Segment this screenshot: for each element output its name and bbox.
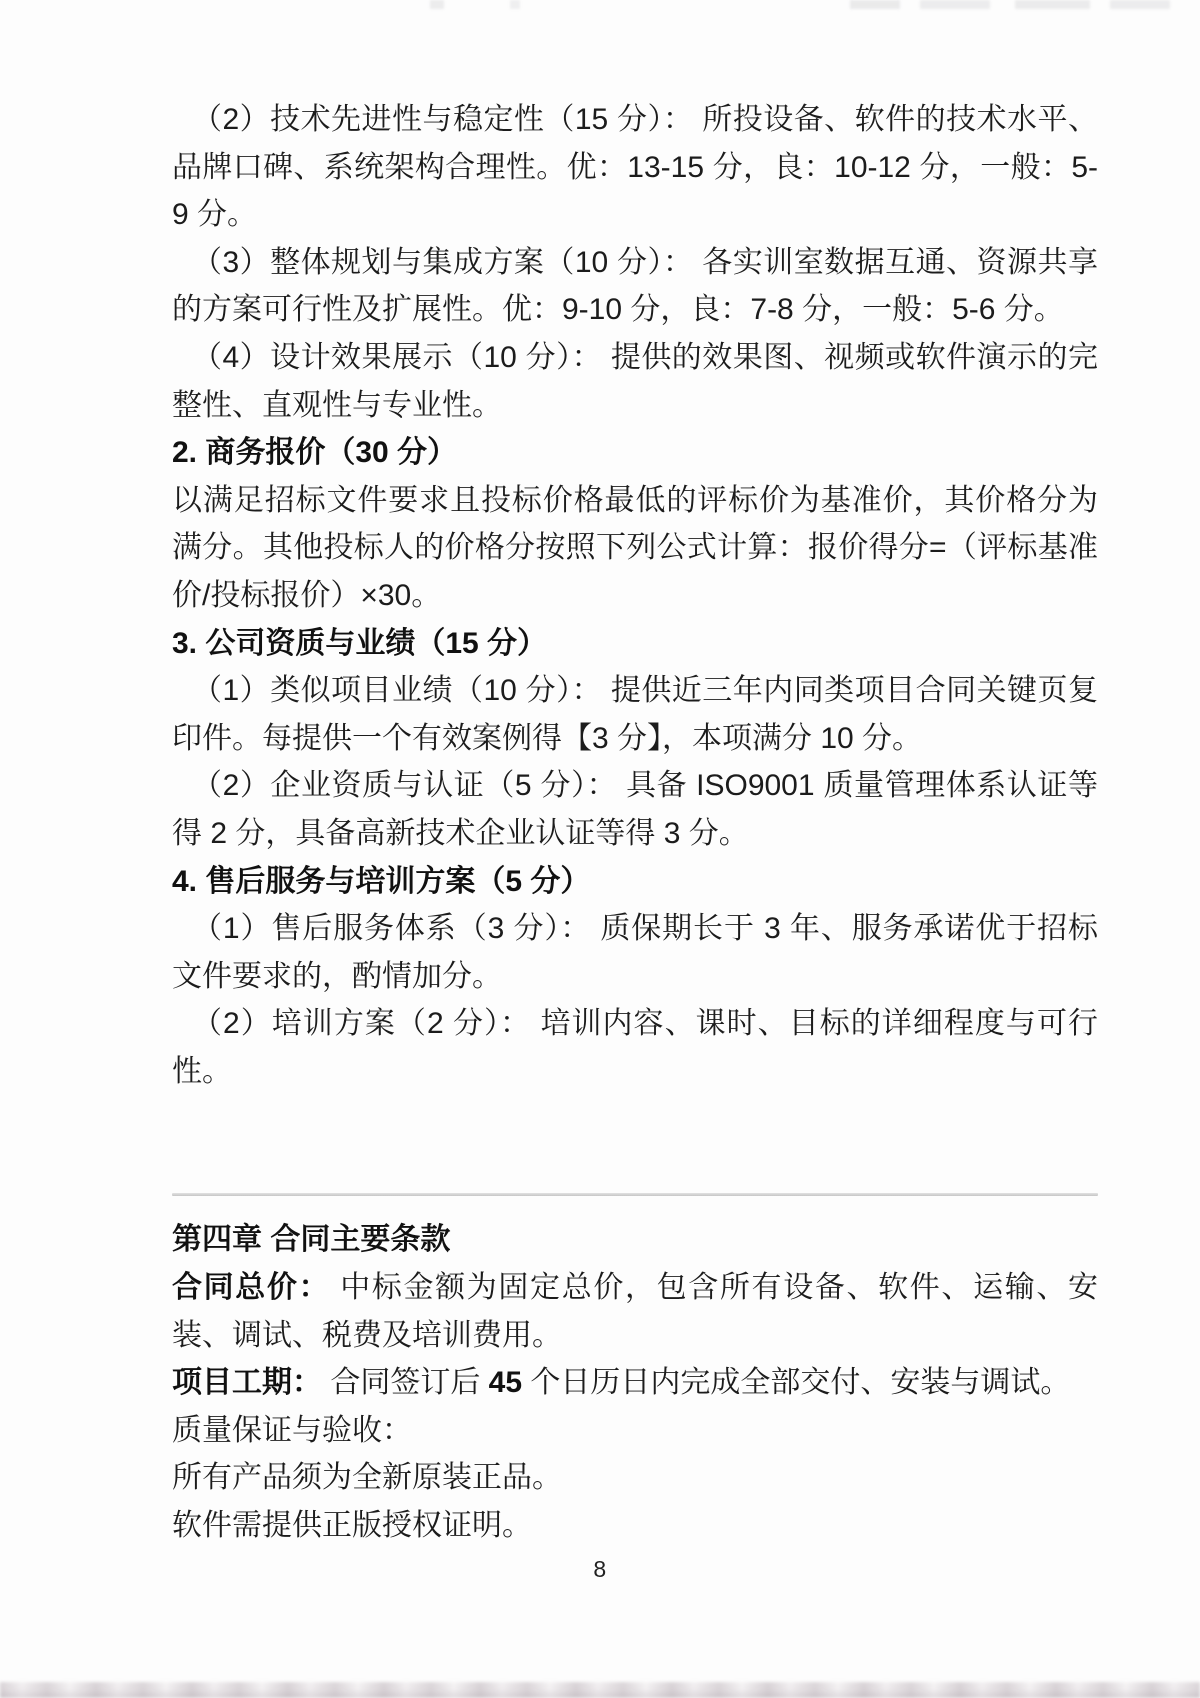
scan-artifact-top (430, 0, 1170, 9)
body-paragraph: 所有产品须为全新原装正品。 (172, 1454, 1098, 1502)
heading-paragraph: 4. 售后服务与培训方案（5 分） (172, 858, 1098, 906)
text-run: （2）培训方案（2 分）： 培训内容、课时、目标的详细程度与可行性。 (172, 1007, 1098, 1088)
heading-paragraph: 第四章 合同主要条款 (172, 1216, 1098, 1264)
document-content: （2）技术先进性与稳定性（15 分）： 所投设备、软件的技术水平、品牌口碑、系统… (172, 96, 1098, 1550)
body-paragraph: 项目工期： 合同签订后 45 个日历日内完成全部交付、安装与调试。 (172, 1359, 1098, 1407)
text-run: 以满足招标文件要求且投标价格最低的评标价为基准价，其价格分为满分。其他投标人的价… (172, 484, 1098, 612)
body-paragraph: （4）设计效果展示（10 分）： 提供的效果图、视频或软件演示的完整性、直观性与… (172, 334, 1098, 429)
text-run: 软件需提供正版授权证明。 (172, 1509, 532, 1542)
text-run: 第四章 合同主要条款 (172, 1223, 450, 1256)
text-run: 合同签订后 (322, 1366, 489, 1399)
text-run: 3. 公司资质与业绩（15 分） (172, 627, 547, 660)
text-run: （2）企业资质与认证（5 分）： 具备 ISO9001 质量管理体系认证等得 2… (172, 769, 1098, 850)
text-run: 个日历日内完成全部交付、安装与调试。 (522, 1366, 1070, 1399)
body-paragraph: 以满足招标文件要求且投标价格最低的评标价为基准价，其价格分为满分。其他投标人的价… (172, 477, 1098, 620)
text-run: （2）技术先进性与稳定性（15 分）： 所投设备、软件的技术水平、品牌口碑、系统… (172, 103, 1098, 231)
text-run: 合同总价： (172, 1271, 330, 1304)
text-run: （1）类似项目业绩（10 分）： 提供近三年内同类项目合同关键页复印件。每提供一… (172, 674, 1098, 755)
body-paragraph: （2）培训方案（2 分）： 培训内容、课时、目标的详细程度与可行性。 (172, 1000, 1098, 1095)
body-paragraph: （3）整体规划与集成方案（10 分）： 各实训室数据互通、资源共享的方案可行性及… (172, 239, 1098, 334)
text-run: 所有产品须为全新原装正品。 (172, 1461, 562, 1494)
body-paragraph: （2）技术先进性与稳定性（15 分）： 所投设备、软件的技术水平、品牌口碑、系统… (172, 96, 1098, 239)
body-paragraph: （2）企业资质与认证（5 分）： 具备 ISO9001 质量管理体系认证等得 2… (172, 762, 1098, 857)
heading-paragraph: 2. 商务报价（30 分） (172, 429, 1098, 477)
text-run: （4）设计效果展示（10 分）： 提供的效果图、视频或软件演示的完整性、直观性与… (172, 341, 1098, 422)
body-paragraph: 质量保证与验收： (172, 1407, 1098, 1455)
text-run: 2. 商务报价（30 分） (172, 436, 457, 469)
document-page: （2）技术先进性与稳定性（15 分）： 所投设备、软件的技术水平、品牌口碑、系统… (0, 0, 1200, 1698)
body-paragraph: （1）售后服务体系（3 分）： 质保期长于 3 年、服务承诺优于招标文件要求的，… (172, 905, 1098, 1000)
text-run: 项目工期： (172, 1366, 322, 1399)
body-paragraph: 合同总价： 中标金额为固定总价，包含所有设备、软件、运输、安装、调试、税费及培训… (172, 1264, 1098, 1359)
text-run: （3）整体规划与集成方案（10 分）： 各实训室数据互通、资源共享的方案可行性及… (172, 246, 1098, 327)
body-paragraph: 软件需提供正版授权证明。 (172, 1502, 1098, 1550)
section-divider (172, 1193, 1098, 1196)
text-run: 质量保证与验收： (172, 1414, 412, 1447)
text-run: 45 (489, 1366, 522, 1399)
body-paragraph: （1）类似项目业绩（10 分）： 提供近三年内同类项目合同关键页复印件。每提供一… (172, 667, 1098, 762)
page-number: 8 (0, 1556, 1200, 1583)
text-run: （1）售后服务体系（3 分）： 质保期长于 3 年、服务承诺优于招标文件要求的，… (172, 912, 1098, 993)
text-run: 4. 售后服务与培训方案（5 分） (172, 865, 590, 898)
heading-paragraph: 3. 公司资质与业绩（15 分） (172, 620, 1098, 668)
scan-artifact-bottom (0, 1682, 1200, 1698)
